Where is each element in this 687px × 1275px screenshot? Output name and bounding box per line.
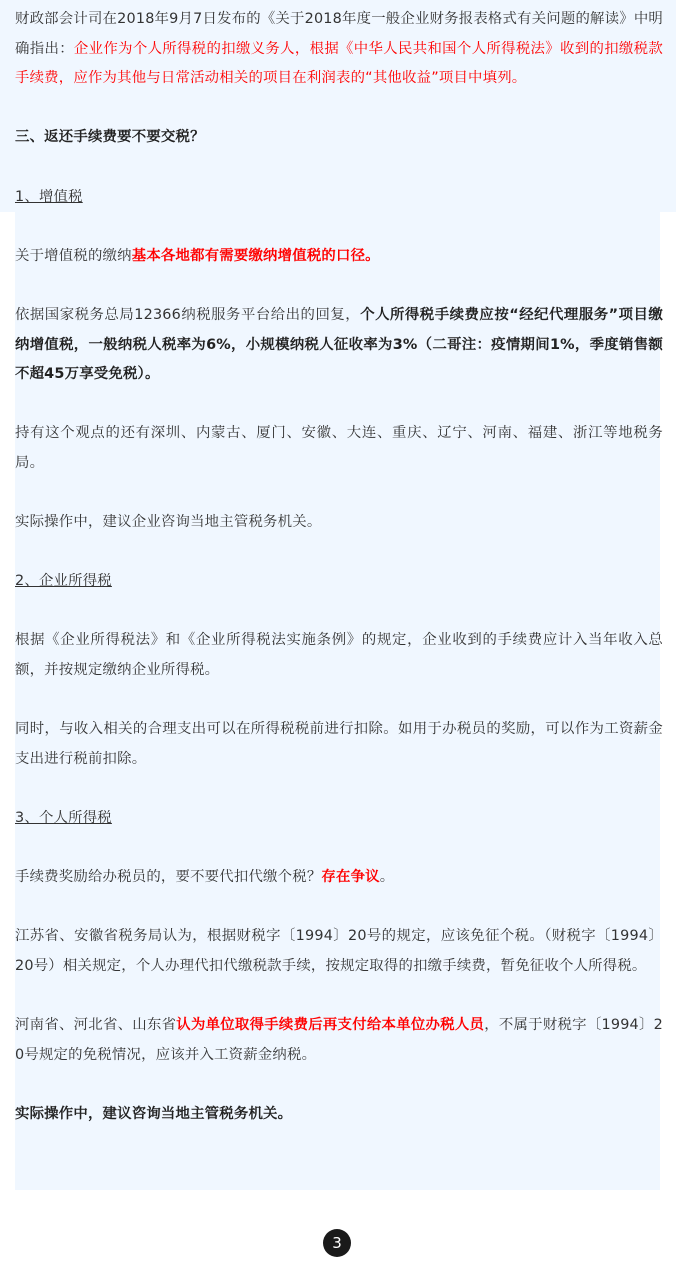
intro-red-quote: 企业作为个人所得税的扣缴义务人，根据《中华人民共和国个人所得税法》收到的扣缴税款… [15,41,663,87]
iit-paragraph-3: 河南省、河北省、山东省认为单位取得手续费后再支付给本单位办税人员，不属于财税字〔… [15,1011,663,1070]
vat-heading-line: 1、增值税 [15,183,663,213]
section-heading: 三、返还手续费要不要交税？ [15,123,663,153]
vat-p2-text: 依据国家税务总局12366纳税服务平台给出的回复， [15,307,360,323]
iit-p3-text: 河南省、河北省、山东省 [15,1017,176,1033]
vat-p1-highlight: 基本各地都有需要缴纳增值税的口径。 [132,248,380,264]
vat-heading: 1、增值税 [15,189,83,205]
iit-paragraph-4: 实际操作中，建议咨询当地主管税务机关。 [15,1100,663,1130]
vat-paragraph-3: 持有这个观点的还有深圳、内蒙古、厦门、安徽、大连、重庆、辽宁、河南、福建、浙江等… [15,419,663,478]
intro-paragraph: 财政部会计司在2018年9月7日发布的《关于2018年度一般企业财务报表格式有关… [15,5,663,94]
iit-p1-text: 手续费奖励给办税员的，要不要代扣代缴个税？ [15,869,321,885]
iit-p1-highlight: 存在争议 [321,869,379,885]
vat-paragraph-2: 依据国家税务总局12366纳税服务平台给出的回复，个人所得税手续费应按“经纪代理… [15,301,663,390]
vat-p1-text: 关于增值税的缴纳 [15,248,132,264]
page-number-badge: 3 [323,1229,351,1257]
cit-heading: 2、企业所得税 [15,573,112,589]
cit-heading-line: 2、企业所得税 [15,567,663,597]
vat-paragraph-4: 实际操作中，建议企业咨询当地主管税务机关。 [15,508,663,538]
iit-paragraph-1: 手续费奖励给办税员的，要不要代扣代缴个税？存在争议。 [15,863,663,893]
iit-heading: 3、个人所得税 [15,810,112,826]
cit-paragraph-1: 根据《企业所得税法》和《企业所得税法实施条例》的规定，企业收到的手续费应计入当年… [15,626,663,685]
iit-heading-line: 3、个人所得税 [15,804,663,834]
cit-paragraph-2: 同时，与收入相关的合理支出可以在所得税税前进行扣除。如用于办税员的奖励，可以作为… [15,715,663,774]
article-body: 财政部会计司在2018年9月7日发布的《关于2018年度一般企业财务报表格式有关… [15,5,663,1159]
vat-paragraph-1: 关于增值税的缴纳基本各地都有需要缴纳增值税的口径。 [15,242,663,272]
iit-p3-highlight: 认为单位取得手续费后再支付给本单位办税人员 [176,1017,484,1033]
iit-paragraph-2: 江苏省、安徽省税务局认为，根据财税字〔1994〕20号的规定，应该免征个税。（财… [15,922,663,981]
iit-p1-end: 。 [380,869,395,885]
